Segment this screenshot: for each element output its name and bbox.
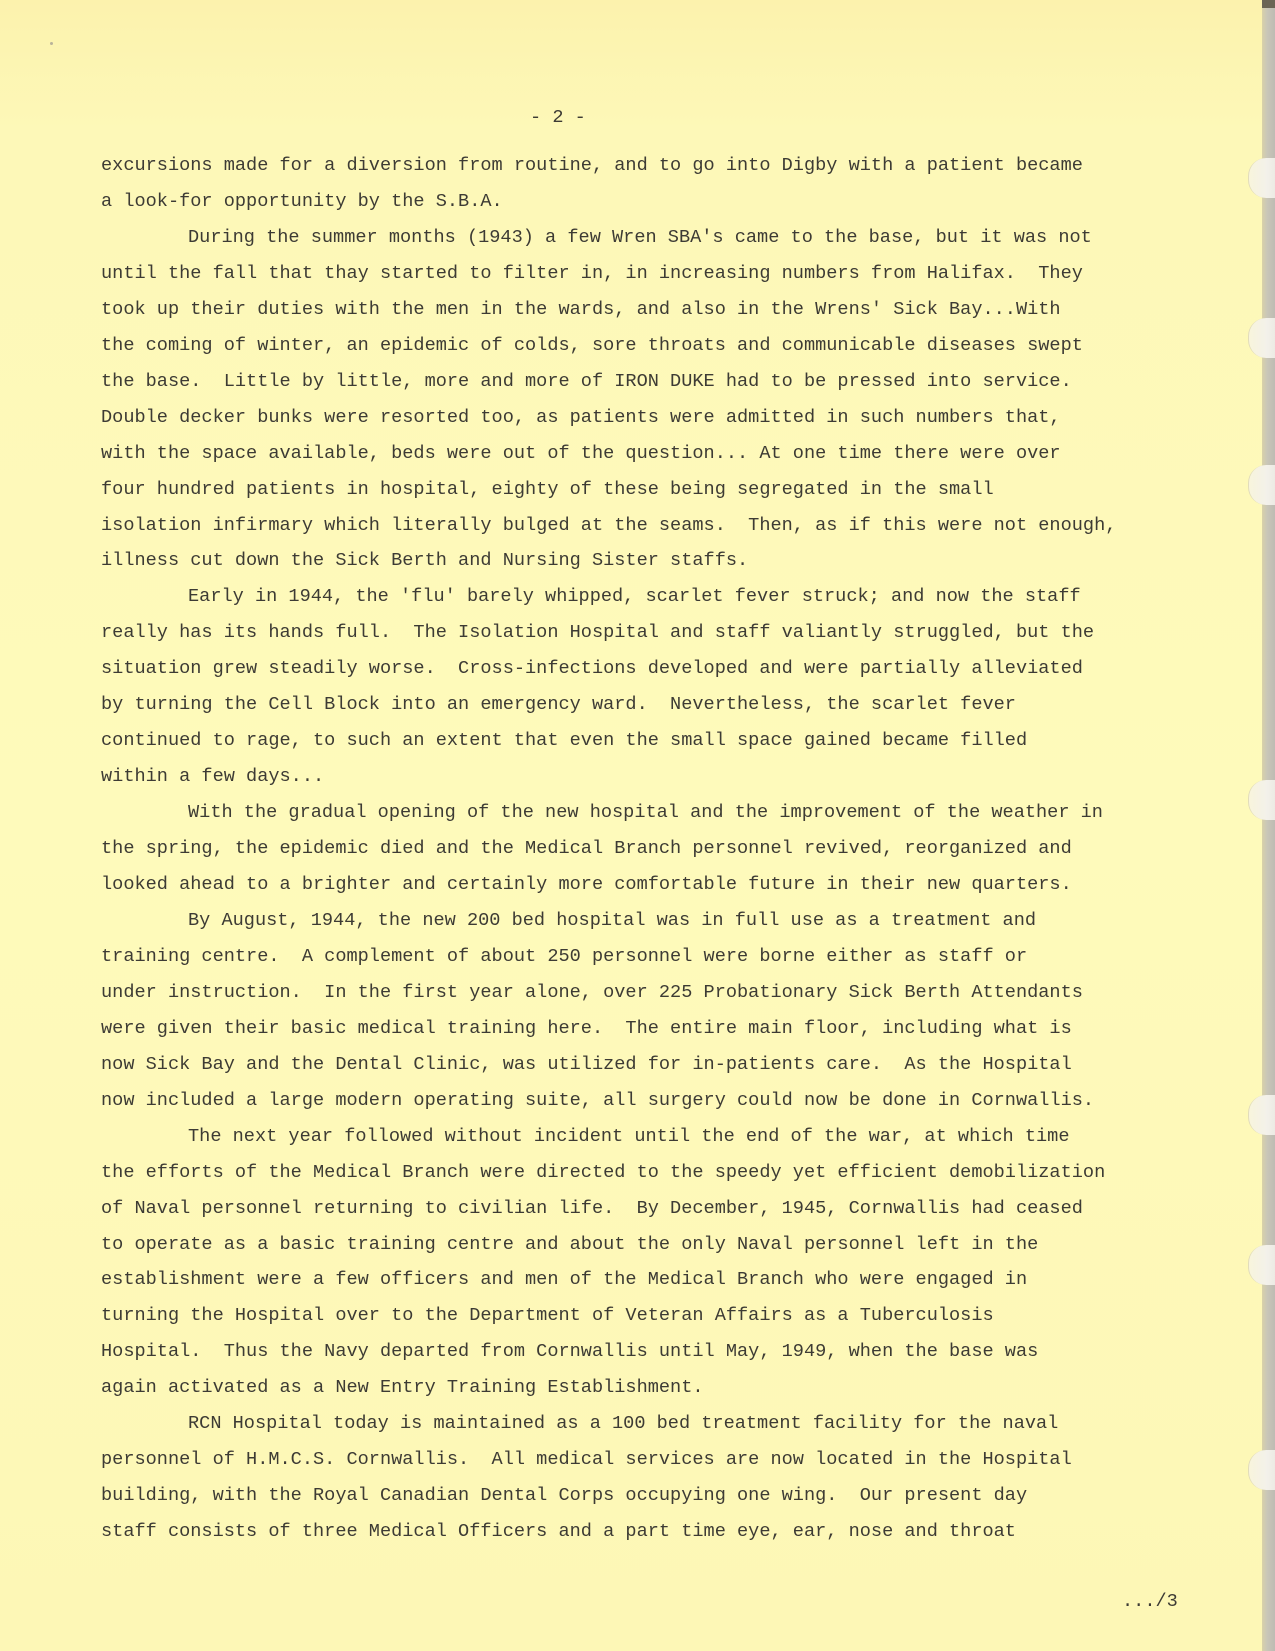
binder-edge	[1262, 0, 1275, 1651]
binder-hole-tab	[1248, 465, 1275, 505]
text-line: staff consists of three Medical Officers…	[101, 1520, 1016, 1544]
text-line: took up their duties with the men in the…	[101, 298, 1061, 322]
page-number: - 2 -	[530, 107, 586, 128]
text-line: the coming of winter, an epidemic of col…	[101, 334, 1083, 358]
binder-hole-tab	[1248, 1450, 1275, 1490]
text-line: continued to rage, to such an extent tha…	[101, 729, 1027, 753]
binder-hole-tab	[1248, 1245, 1275, 1285]
text-line: During the summer months (1943) a few Wr…	[188, 226, 1092, 250]
binder-hole-tab	[1248, 158, 1275, 198]
text-line: four hundred patients in hospital, eight…	[101, 478, 994, 502]
text-line: now included a large modern operating su…	[101, 1089, 1094, 1113]
text-line: within a few days...	[101, 765, 324, 789]
text-line: Hospital. Thus the Navy departed from Co…	[101, 1340, 1038, 1364]
text-line: really has its hands full. The Isolation…	[101, 621, 1094, 645]
text-line: with the space available, beds were out …	[101, 442, 1061, 466]
paper-speck	[50, 42, 53, 45]
text-line: Double decker bunks were resorted too, a…	[101, 406, 1061, 430]
text-line: excursions made for a diversion from rou…	[101, 154, 1083, 178]
text-line: were given their basic medical training …	[101, 1017, 1072, 1041]
continuation-marker: .../3	[1122, 1591, 1178, 1612]
text-line: until the fall that thay started to filt…	[101, 262, 1083, 286]
text-line: personnel of H.M.C.S. Cornwallis. All me…	[101, 1448, 1072, 1472]
text-line: illness cut down the Sick Berth and Nurs…	[101, 549, 748, 573]
text-line: situation grew steadily worse. Cross-inf…	[101, 657, 1083, 681]
text-line: looked ahead to a brighter and certainly…	[101, 873, 1072, 897]
text-line: of Naval personnel returning to civilian…	[101, 1197, 1083, 1221]
text-line: RCN Hospital today is maintained as a 10…	[188, 1412, 1058, 1436]
text-line: By August, 1944, the new 200 bed hospita…	[188, 909, 1036, 933]
text-line: the base. Little by little, more and mor…	[101, 370, 1072, 394]
text-line: the efforts of the Medical Branch were d…	[101, 1161, 1105, 1185]
text-line: training centre. A complement of about 2…	[101, 945, 1027, 969]
text-line: a look-for opportunity by the S.B.A.	[101, 190, 503, 214]
binder-edge-shadow	[1262, 0, 1275, 8]
text-line: by turning the Cell Block into an emerge…	[101, 693, 1016, 717]
text-line: The next year followed without incident …	[188, 1125, 1070, 1149]
text-line: isolation infirmary which literally bulg…	[101, 514, 1116, 538]
binder-hole-tab	[1248, 318, 1275, 358]
binder-hole-tab	[1248, 780, 1275, 820]
text-line: to operate as a basic training centre an…	[101, 1233, 1038, 1257]
text-line: establishment were a few officers and me…	[101, 1268, 1027, 1292]
binder-hole-tab	[1248, 1095, 1275, 1135]
text-line: With the gradual opening of the new hosp…	[188, 801, 1103, 825]
text-line: Early in 1944, the 'flu' barely whipped,…	[188, 585, 1081, 609]
text-line: now Sick Bay and the Dental Clinic, was …	[101, 1053, 1072, 1077]
text-line: again activated as a New Entry Training …	[101, 1376, 704, 1400]
text-line: turning the Hospital over to the Departm…	[101, 1304, 994, 1328]
text-line: the spring, the epidemic died and the Me…	[101, 837, 1072, 861]
text-line: under instruction. In the first year alo…	[101, 981, 1083, 1005]
text-line: building, with the Royal Canadian Dental…	[101, 1484, 1027, 1508]
